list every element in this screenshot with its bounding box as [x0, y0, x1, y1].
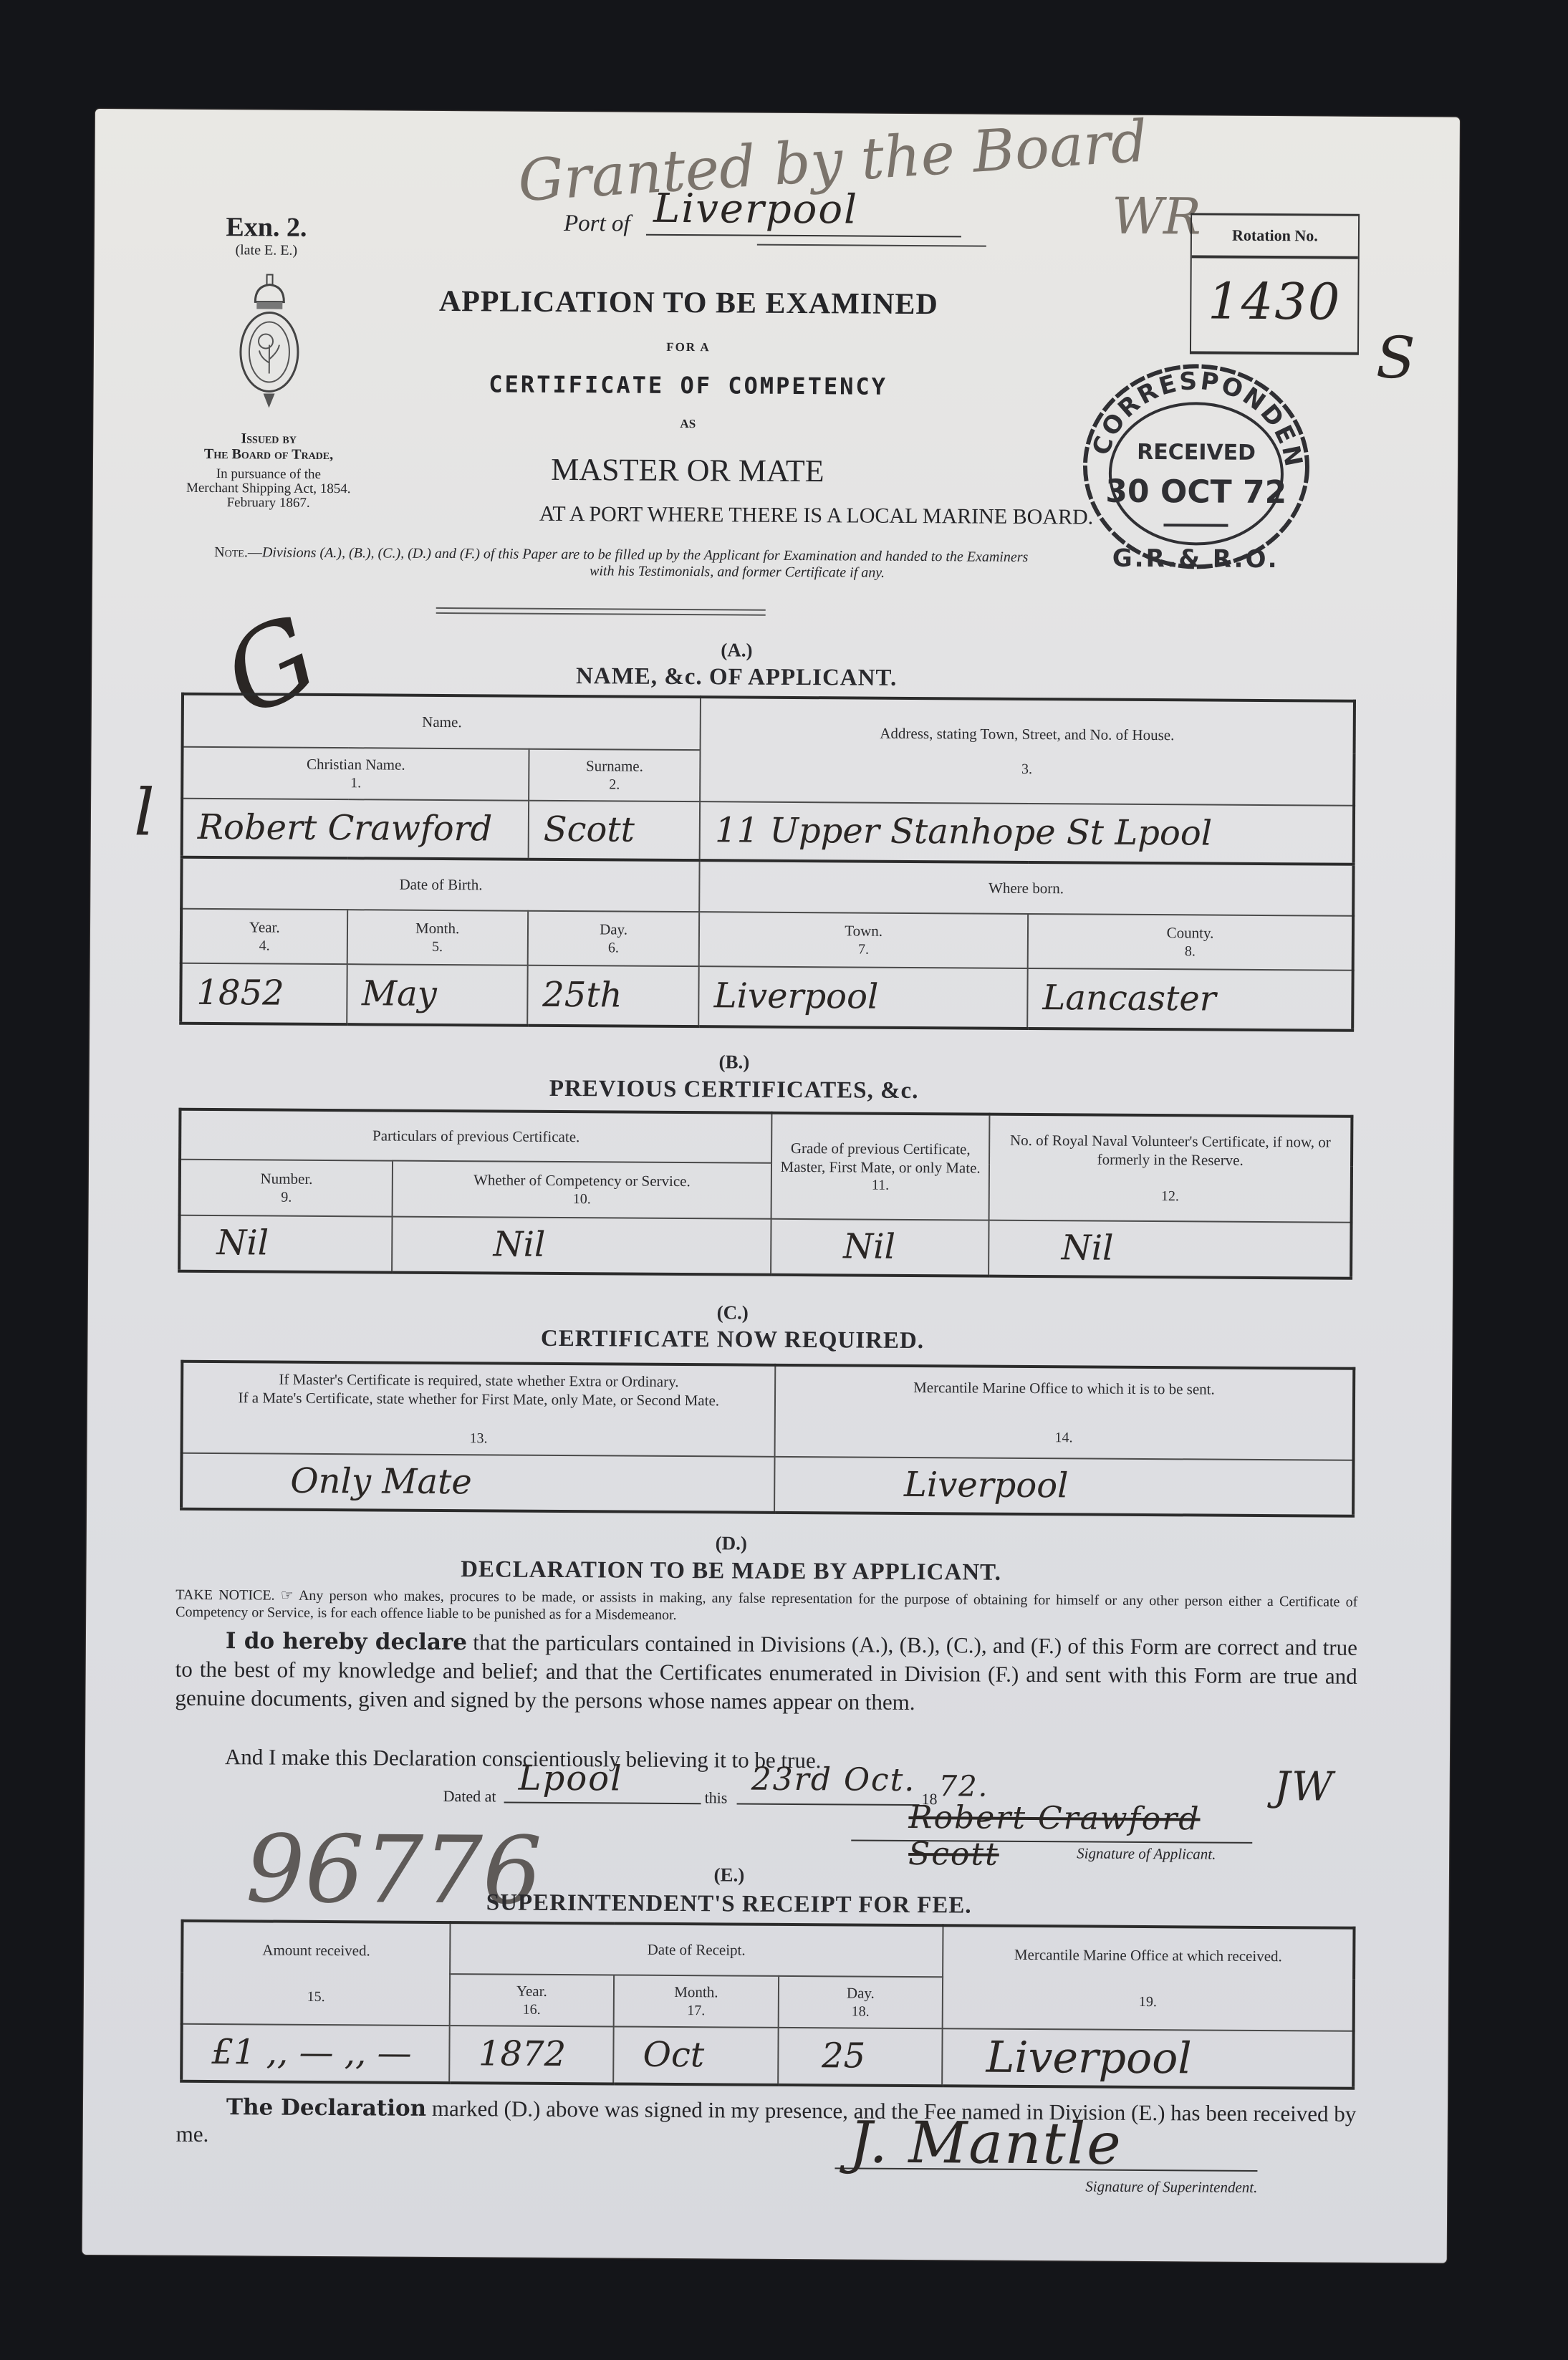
margin-mark: S — [1376, 324, 1417, 391]
rotation-label: Rotation No. — [1192, 215, 1358, 259]
amount-field[interactable]: £1 ,, — ,, — — [181, 2024, 449, 2083]
document-page: Granted by the Board WR Exn. 2. (late E.… — [82, 109, 1460, 2263]
form-code-sub: (late E. E.) — [195, 242, 338, 259]
section-b-letter: (B.) — [663, 1051, 806, 1074]
prev-rnv-field[interactable]: Nil — [989, 1220, 1351, 1278]
address-field[interactable]: 11 Upper Stanhope St Lpool — [700, 801, 1354, 864]
rnv-header: No. of Royal Naval Volunteer's Certifica… — [989, 1114, 1352, 1223]
section-a-title: NAME, &c. OF APPLICANT. — [450, 663, 1023, 693]
birth-day-field[interactable]: 25th — [527, 965, 699, 1026]
rotation-box: Rotation No. 1430 — [1190, 213, 1360, 355]
section-d-title: DECLARATION TO BE MADE BY APPLICANT. — [337, 1556, 1125, 1587]
receipt-day-header: Day.18. — [778, 1976, 943, 2028]
superintendent-signature-field[interactable]: J. Mantle — [834, 2119, 1257, 2172]
office-received-field[interactable]: Liverpool — [942, 2028, 1353, 2089]
month-header: Month.5. — [347, 910, 528, 965]
dated-day-field[interactable]: 23rd Oct. — [737, 1764, 920, 1806]
dated-at-label: Dated at — [443, 1787, 496, 1806]
title-for-a: FOR A — [509, 339, 867, 356]
whether-header: Whether of Competency or Service.10. — [393, 1161, 771, 1219]
number-header: Number.9. — [180, 1160, 393, 1217]
christian-name-header: Christian Name.1. — [182, 747, 529, 801]
prev-grade-field[interactable]: Nil — [771, 1219, 989, 1276]
pencil-initials: WR — [1112, 187, 1201, 246]
birth-town-field[interactable]: Liverpool — [698, 966, 1027, 1029]
name-header: Name. — [183, 694, 701, 750]
issuer-label: The Board of Trade, — [165, 446, 372, 464]
stamp-date: 30 OCT 72 — [1105, 473, 1286, 511]
address-header: Address, stating Town, Street, and No. o… — [700, 697, 1355, 806]
applicant-signature-field[interactable]: Robert Crawford Scott — [851, 1800, 1252, 1843]
this-label: this — [705, 1788, 728, 1807]
receipt-day-field[interactable]: 25 — [778, 2028, 943, 2086]
amount-header: Amount received.15. — [182, 1921, 450, 2026]
form-code: Exn. 2. — [195, 211, 338, 244]
note-label: Note.— — [214, 544, 262, 560]
received-stamp: CORRESPONDENCE RECEIVED 30 OCT 72 G.R.& … — [1077, 358, 1315, 574]
statement-lead: The Declaration — [226, 2094, 426, 2121]
section-a-letter: (A.) — [665, 639, 808, 662]
port-label: Port of — [564, 211, 630, 238]
pointing-hand-icon: ☞ — [281, 1588, 294, 1604]
declaration-lead: I do hereby declare — [226, 1628, 467, 1655]
note-divider — [436, 607, 766, 616]
certificate-required-table: If Master's Certificate is required, sta… — [180, 1360, 1355, 1518]
receipt-month-field[interactable]: Oct — [613, 2026, 778, 2084]
port-field[interactable]: Liverpool — [646, 190, 961, 238]
declaration-body: I do hereby declare that the particulars… — [175, 1627, 1357, 1720]
dated-at-field[interactable]: Lpool — [504, 1763, 701, 1805]
year-header: Year.4. — [181, 909, 347, 964]
title-application: APPLICATION TO BE EXAMINED — [366, 284, 1011, 322]
dated-year-value[interactable]: 72. — [939, 1770, 989, 1803]
royal-crest-icon — [233, 273, 305, 410]
port-underline-divider — [757, 244, 986, 247]
surname-header: Surname.2. — [529, 749, 701, 801]
required-certificate-field[interactable]: Only Mate — [181, 1453, 774, 1513]
margin-tick-mark: l — [134, 775, 156, 850]
rotation-value[interactable]: 1430 — [1191, 258, 1358, 345]
receipt-year-field[interactable]: 1872 — [449, 2026, 614, 2084]
previous-certificates-table: Particulars of previous Certificate. Gra… — [178, 1108, 1353, 1280]
particulars-header: Particulars of previous Certificate. — [180, 1109, 771, 1163]
fee-receipt-table: Amount received.15. Date of Receipt. Mer… — [180, 1920, 1355, 2090]
address-num: 3. — [706, 758, 1349, 779]
section-c-letter: (C.) — [661, 1301, 804, 1324]
take-notice-text: Any person who makes, procures to be mad… — [175, 1588, 1357, 1623]
port-value: Liverpool — [653, 186, 858, 233]
office-received-header: Mercantile Marine Office at which receiv… — [943, 1925, 1355, 2031]
issued-by-label: Issued by — [165, 430, 372, 448]
title-master-or-mate: MASTER OR MATE — [473, 451, 903, 490]
section-c-title: CERTIFICATE NOW REQUIRED. — [410, 1325, 1054, 1355]
prev-number-field[interactable]: Nil — [179, 1215, 393, 1273]
birth-county-field[interactable]: Lancaster — [1027, 968, 1352, 1031]
day-header: Day.6. — [528, 911, 700, 966]
county-header: County.8. — [1028, 914, 1353, 971]
date-receipt-header: Date of Receipt. — [450, 1922, 943, 1977]
dated-at-value: Lpool — [519, 1758, 623, 1799]
required-header: If Master's Certificate is required, sta… — [182, 1362, 775, 1457]
birth-month-field[interactable]: May — [347, 964, 528, 1026]
office-header: Mercantile Marine Office to which it is … — [774, 1365, 1354, 1460]
pursuance-line-3: February 1867. — [150, 494, 387, 511]
surname-field[interactable]: Scott — [528, 801, 700, 860]
instructions-note-2: with his Testimonials, and former Certif… — [379, 562, 1095, 582]
marine-office-field[interactable]: Liverpool — [774, 1457, 1354, 1516]
title-certificate: CERTIFICATE OF COMPETENCY — [438, 370, 939, 400]
stamp-received: RECEIVED — [1137, 440, 1256, 466]
christian-name-field[interactable]: Robert Crawford — [182, 799, 529, 859]
address-label: Address, stating Town, Street, and No. o… — [880, 725, 1174, 744]
town-header: Town.7. — [699, 912, 1028, 968]
superintendent-signature-label: Signature of Superintendent. — [1085, 2177, 1257, 2196]
title-as: AS — [652, 417, 723, 432]
birth-year-field[interactable]: 1852 — [181, 963, 347, 1024]
section-b-title: PREVIOUS CERTIFICATES, &c. — [412, 1075, 1057, 1105]
dob-header: Date of Birth. — [181, 857, 700, 912]
section-d-letter: (D.) — [660, 1532, 803, 1555]
receipt-month-header: Month.17. — [614, 1975, 779, 2027]
take-notice: TAKE NOTICE. ☞ Any person who makes, pro… — [175, 1586, 1357, 1628]
applicant-table: Name. Address, stating Town, Street, and… — [179, 693, 1356, 1032]
applicant-signature-label: Signature of Applicant. — [1077, 1844, 1216, 1863]
prev-whether-field[interactable]: Nil — [392, 1217, 771, 1275]
section-e-title: SUPERINTENDENT'S RECEIPT FOR FEE. — [371, 1889, 1087, 1920]
dated-day-value: 23rd Oct. — [751, 1761, 916, 1798]
where-born-header: Where born. — [699, 860, 1353, 916]
initials-mark: JW — [1274, 1763, 1334, 1811]
superintendent-signature: J. Mantle — [849, 2109, 1122, 2177]
receipt-year-header: Year.16. — [449, 1974, 614, 2026]
note-text: Divisions (A.), (B.), (C.), (D.) and (F.… — [262, 544, 1029, 565]
grade-header: Grade of previous Certificate, Master, F… — [771, 1113, 989, 1220]
take-notice-label: TAKE NOTICE. — [175, 1587, 274, 1604]
section-e-letter: (E.) — [658, 1864, 801, 1887]
